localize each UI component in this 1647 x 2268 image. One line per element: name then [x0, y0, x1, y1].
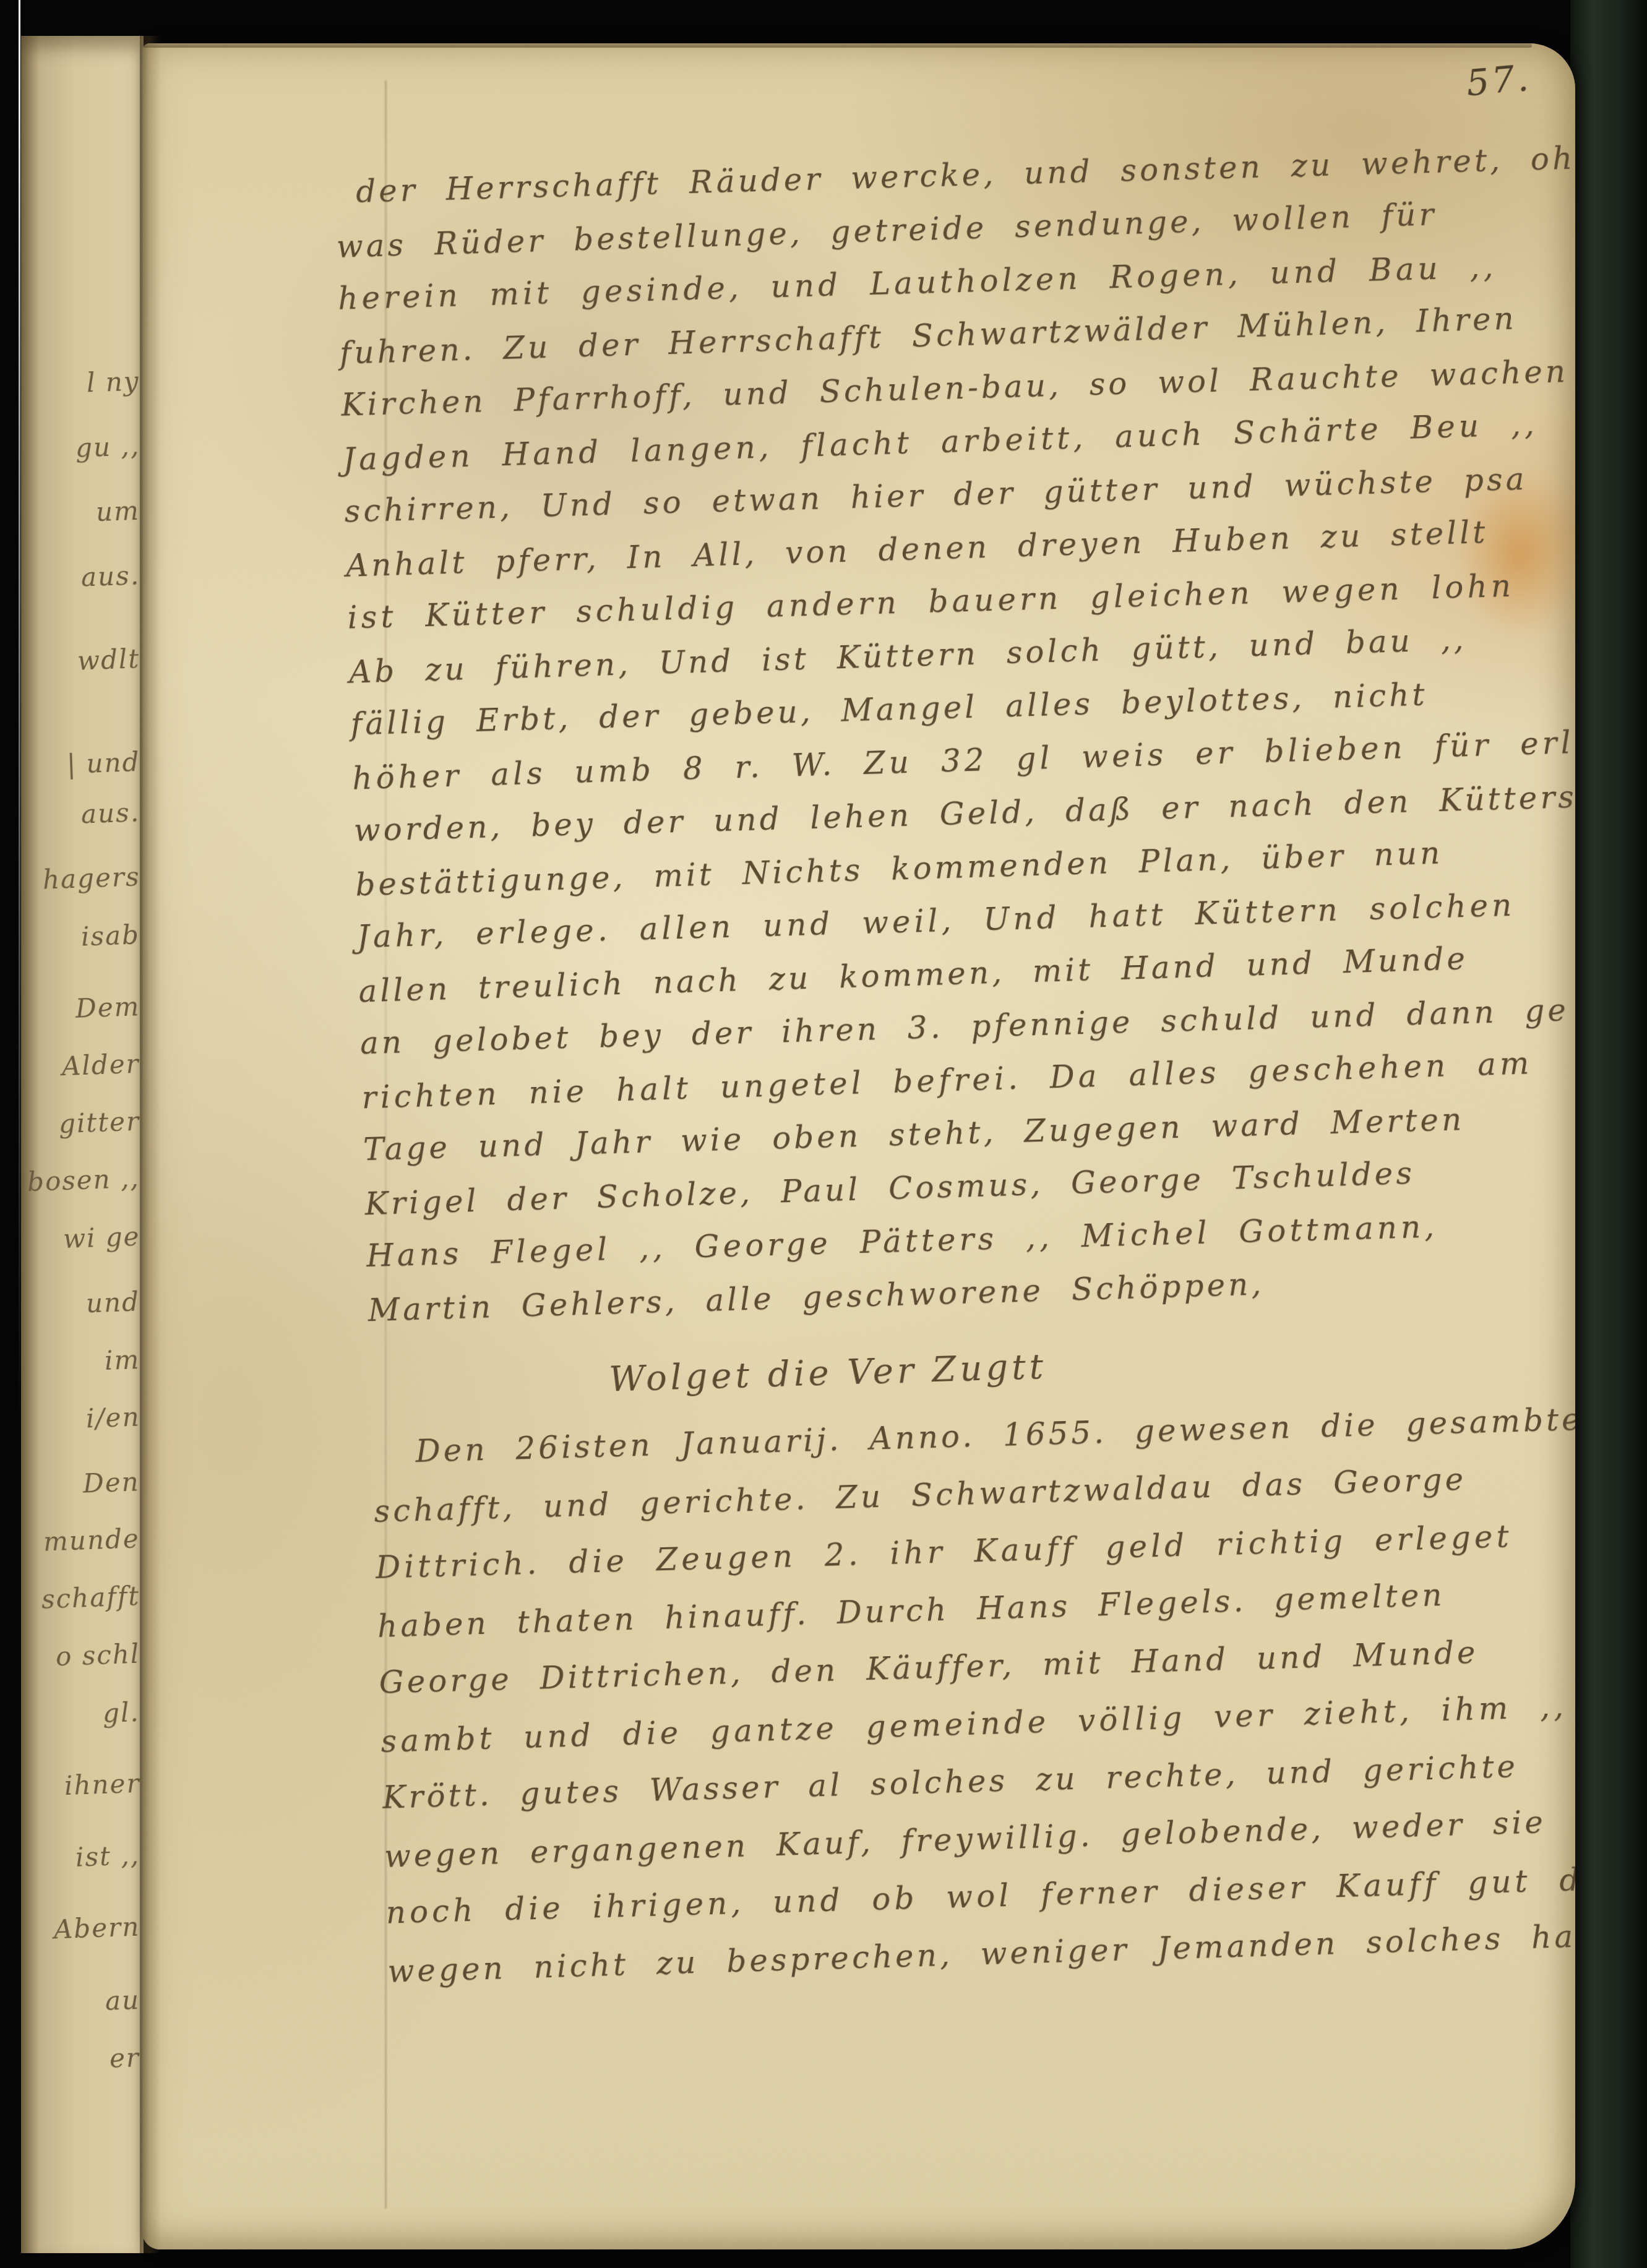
handwriting-fragment: ist ,,: [75, 1840, 140, 1873]
handwriting-fragment: munde: [43, 1523, 140, 1557]
handwriting-fragment: isab: [80, 919, 140, 951]
scan-edge-highlight: [19, 0, 20, 1423]
handwriting-fragment: hagers: [42, 861, 140, 895]
handwriting-fragment: bosen ,,: [27, 1163, 140, 1197]
handwriting-fragment: Alder: [62, 1049, 140, 1081]
handwriting-fragment: gl.: [102, 1697, 140, 1729]
handwriting-fragment: l ny: [87, 366, 140, 398]
handwriting-fragment: wdlt: [77, 643, 140, 676]
handwriting-fragment: er: [109, 2042, 140, 2074]
handwriting-fragment: im: [104, 1344, 140, 1376]
paragraph-record: Den 26isten Januarij. Anno. 1655. gewese…: [371, 1388, 1575, 2001]
handwriting-fragment: schafft: [41, 1581, 140, 1615]
handwriting-fragment: Abern: [53, 1912, 140, 1945]
handwriting-fragment: und: [85, 1286, 140, 1318]
book-cover-edge: [1570, 0, 1647, 2268]
handwriting-fragment: ihner: [64, 1768, 140, 1801]
paragraph-body: der Herrschafft Räuder wercke, und sonst…: [334, 129, 1575, 1337]
page-number: 57.: [1464, 57, 1533, 105]
handwriting-fragment: o schl: [55, 1639, 140, 1672]
handwriting-fragment: | und: [66, 747, 140, 780]
handwriting-fragment: um: [95, 496, 140, 527]
handwriting-fragment: Den: [83, 1466, 140, 1498]
manuscript-page: 57. der Herrschafft Räuder wercke, und s…: [142, 43, 1575, 2249]
handwritten-text-block: der Herrschafft Räuder wercke, und sonst…: [334, 129, 1575, 2001]
handwriting-fragment: gu ,,: [75, 431, 140, 463]
handwriting-fragment: gitter: [58, 1106, 140, 1140]
section-heading: Wolget die Ver Zugtt: [574, 1346, 1082, 1401]
handwriting-fragment: aus.: [80, 560, 140, 592]
handwriting-fragment: aus.: [80, 797, 140, 829]
handwriting-fragment: wi ge: [62, 1221, 140, 1254]
handwriting-fragment: Dem: [75, 991, 140, 1024]
handwriting-fragment: au: [105, 1985, 140, 2016]
manuscript-scan: l nygu ,,umaus.wdlt| undaus.hagersisabDe…: [0, 0, 1647, 2268]
handwriting-fragment: i/en: [85, 1401, 140, 1433]
binding-gutter-shadow: [140, 36, 161, 2253]
previous-page-edge: l nygu ,,umaus.wdlt| undaus.hagersisabDe…: [21, 36, 144, 2253]
